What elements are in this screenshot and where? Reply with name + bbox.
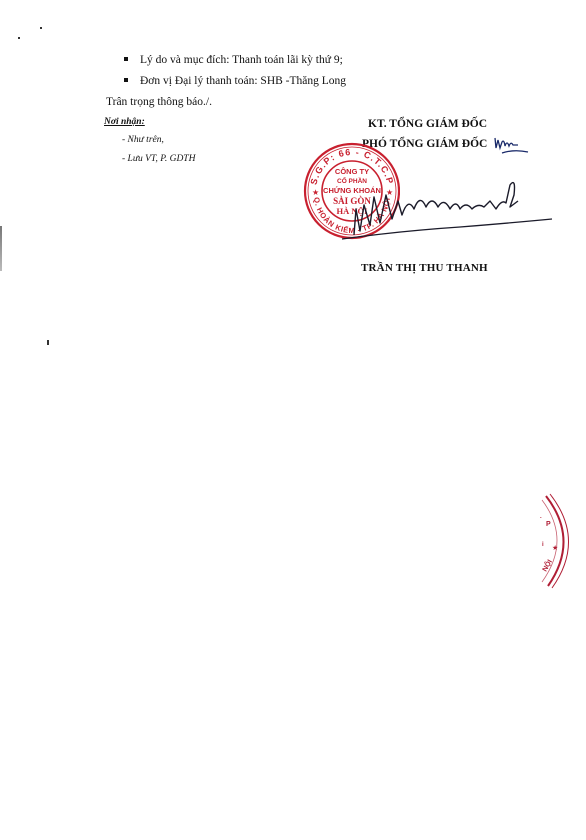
closing-text: Trân trọng thông báo./.	[106, 96, 212, 108]
scan-speck	[40, 27, 42, 29]
signer-name: TRẦN THỊ THU THANH	[361, 262, 488, 274]
bullet-text: Lý do và mục đích: Thanh toán lãi kỳ thứ…	[140, 54, 343, 66]
svg-text:★: ★	[312, 188, 319, 197]
bullet-icon	[124, 57, 128, 61]
scan-speck	[18, 37, 20, 39]
handwritten-signature	[340, 175, 555, 245]
recipients-title: Nơi nhận:	[104, 117, 145, 127]
signature-title-line1: KT. TỔNG GIÁM ĐỐC	[368, 118, 487, 130]
scan-speck	[47, 340, 49, 345]
recipient-item: - Như trên,	[122, 135, 164, 145]
svg-text:.: .	[540, 514, 542, 520]
initials-mark	[492, 134, 532, 158]
bullet-icon	[124, 78, 128, 82]
edge-seal-fragment: . P ★ i NỘI	[528, 492, 586, 592]
bullet-item-agent: Đơn vị Đại lý thanh toán: SHB -Thăng Lon…	[124, 75, 346, 87]
svg-text:★: ★	[552, 544, 558, 552]
recipient-item: - Lưu VT, P. GDTH	[122, 154, 195, 164]
svg-text:i: i	[542, 542, 544, 548]
svg-text:P: P	[546, 521, 551, 528]
bullet-text: Đơn vị Đại lý thanh toán: SHB -Thăng Lon…	[140, 75, 346, 87]
bullet-item-purpose: Lý do và mục đích: Thanh toán lãi kỳ thứ…	[124, 54, 343, 66]
scan-edge-mark	[0, 226, 2, 271]
svg-text:NỘI: NỘI	[540, 558, 554, 573]
